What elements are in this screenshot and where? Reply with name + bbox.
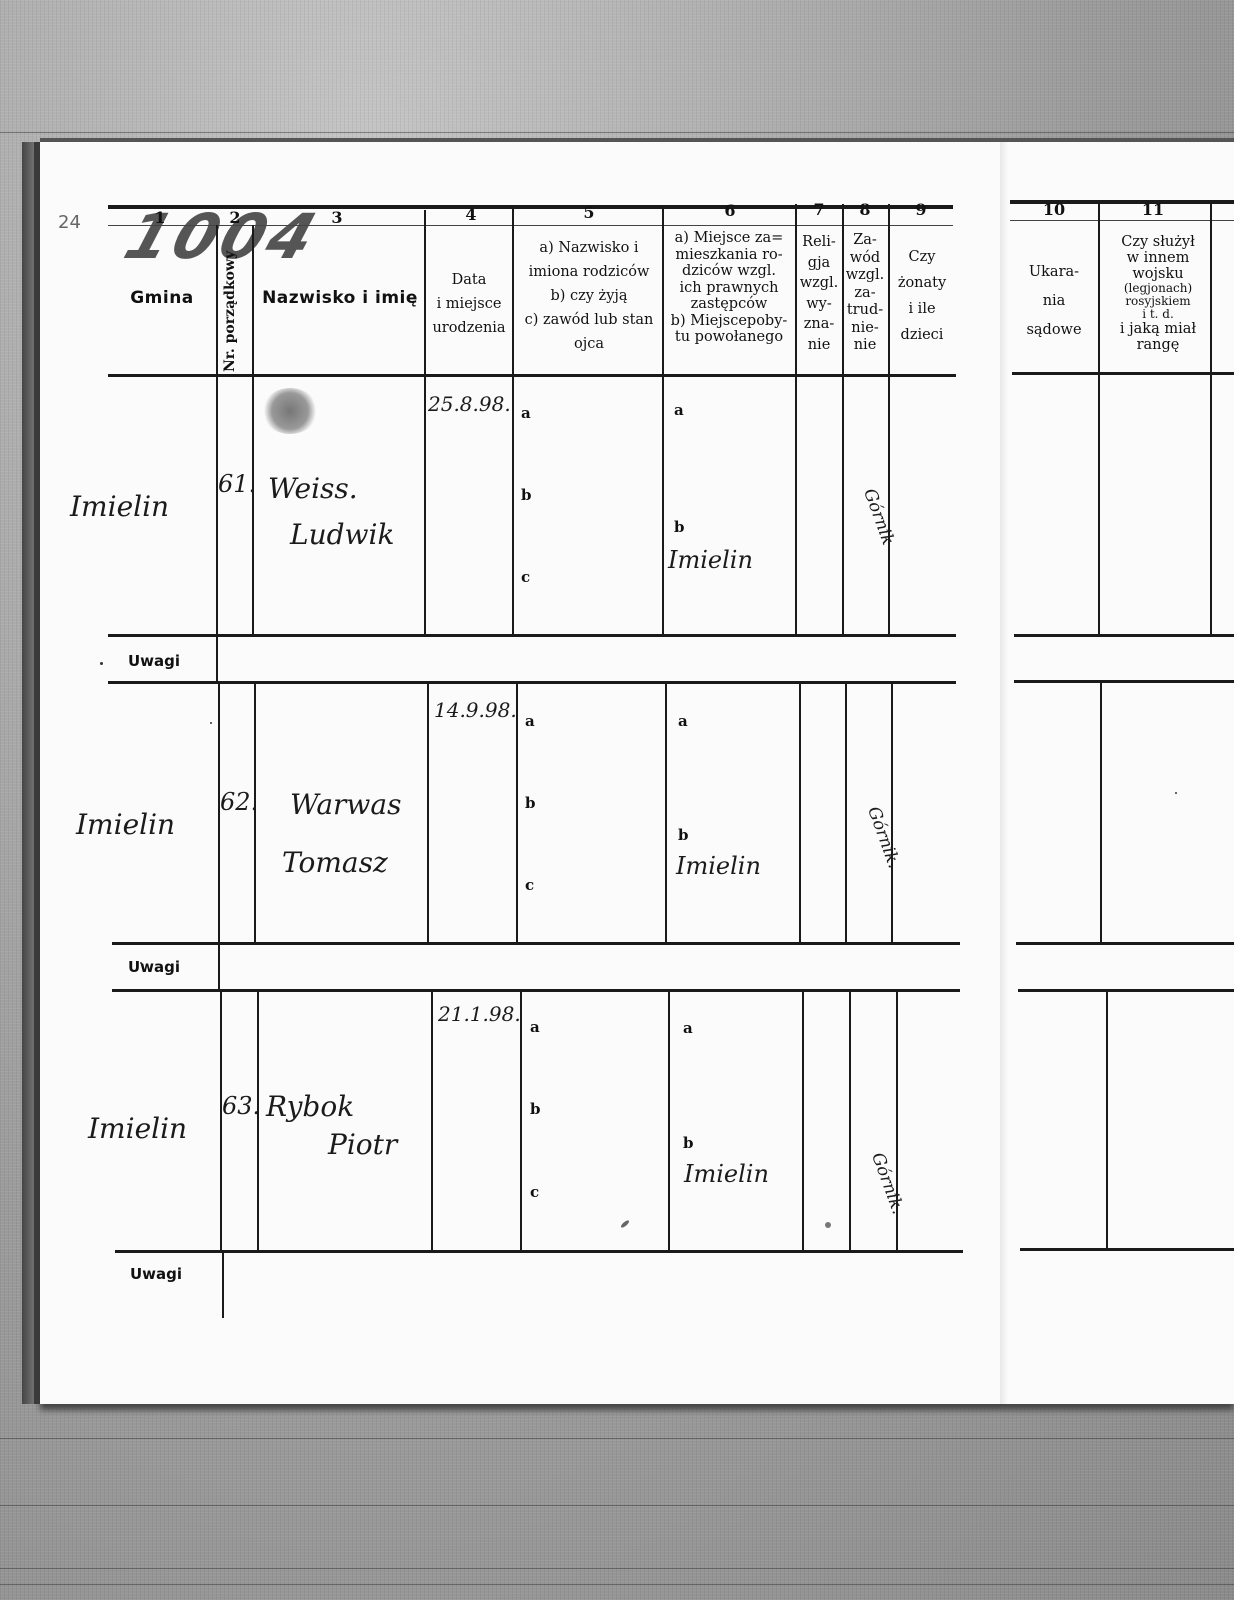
entry-1-sub-a: a <box>521 404 531 422</box>
ink-blot <box>262 388 318 434</box>
entry-3-res-a: a <box>683 1019 693 1037</box>
entry-3-uwagi-label: Uwagi <box>130 1265 182 1283</box>
entry-1-sub-c: c <box>521 568 530 586</box>
entry-1-res-b: b <box>674 518 685 536</box>
entry-2-res-b: b <box>678 826 689 844</box>
entry-1-uwagi-label: Uwagi <box>128 652 180 670</box>
entry-1-given-name: Ludwik <box>290 518 394 551</box>
header-data-urodzenia: Data i miejsce urodzenia <box>426 268 512 340</box>
archive-page-number: 24 <box>58 212 81 233</box>
entry-1-nr: 61. <box>218 470 256 498</box>
entry-3-residence: Imielin <box>684 1160 769 1188</box>
column-number-5: 5 <box>515 203 663 222</box>
entry-2-gmina: Imielin <box>76 808 175 841</box>
column-number-7: 7 <box>797 200 841 219</box>
entry-3-sub-b: b <box>530 1100 541 1118</box>
entry-3-birth-date: 21.1.98. <box>438 1002 521 1026</box>
entry-3-sub-a: a <box>530 1018 540 1036</box>
header-nazwisko-imie: Nazwisko i imię <box>256 290 424 307</box>
entry-1-birth-date: 25.8.98. <box>428 392 511 416</box>
entry-2-nr: 62. <box>220 788 258 816</box>
header-religja: Reli- gja wzgl. wy- zna- nie <box>796 232 842 355</box>
column-number-8: 8 <box>843 200 887 219</box>
entry-1-residence: Imielin <box>668 546 753 574</box>
page-fold <box>1000 142 1008 1404</box>
header-rodzice: a) Nazwisko i imiona rodziców b) czy żyj… <box>514 236 664 356</box>
entry-2-sub-a: a <box>525 712 535 730</box>
header-zawod: Za- wód wzgl. za- trud- nie- nie <box>842 232 888 355</box>
column-number-6: 6 <box>664 201 796 220</box>
header-czy-sluzyl: Czy służył w innem wojsku (legjonach) ro… <box>1098 234 1218 353</box>
column-number-4: 4 <box>428 205 514 224</box>
column-number-3: 3 <box>327 208 347 227</box>
entry-3-nr: 63. <box>222 1092 260 1120</box>
column-number-10: 10 <box>1010 200 1098 219</box>
entry-3-sub-c: c <box>530 1183 539 1201</box>
column-number-9: 9 <box>889 200 953 219</box>
header-gmina: Gmina <box>108 290 216 307</box>
column-number-2: 2 <box>225 208 245 227</box>
entry-2-residence: Imielin <box>676 852 761 880</box>
entry-3-gmina: Imielin <box>88 1112 187 1145</box>
header-miejsce-zamieszkania: a) Miejsce za= mieszkania ro- dziców wzg… <box>662 230 796 346</box>
header-bottom-rule <box>108 374 956 377</box>
entry-2-given-name: Tomasz <box>282 846 388 879</box>
entry-3-res-b: b <box>683 1134 694 1152</box>
entry-2-surname: Warwas <box>290 788 401 821</box>
entry-2-res-a: a <box>678 712 688 730</box>
entry-1-surname: Weiss. <box>268 472 358 505</box>
header-nr-porzadkowy: Nr. porządkowy <box>222 251 238 372</box>
entry-3-given-name: Piotr <box>328 1128 397 1161</box>
entry-2-birth-date: 14.9.98. <box>434 698 517 722</box>
entry-1-res-a: a <box>674 401 684 419</box>
entry-2-sub-c: c <box>525 876 534 894</box>
column-number-1: 1 <box>150 208 170 227</box>
header-czy-zonaty: Czy żonaty i ile dzieci <box>889 244 955 348</box>
entry-3-surname: Rybok <box>266 1090 354 1123</box>
header-ukarania-sadowe: Ukara- nia sądowe <box>1010 258 1098 345</box>
entry-2-uwagi-label: Uwagi <box>128 958 180 976</box>
entry-2-sub-b: b <box>525 794 536 812</box>
entry-1-sub-b: b <box>521 486 532 504</box>
column-number-11: 11 <box>1098 200 1208 219</box>
entry-1-gmina: Imielin <box>70 490 169 523</box>
